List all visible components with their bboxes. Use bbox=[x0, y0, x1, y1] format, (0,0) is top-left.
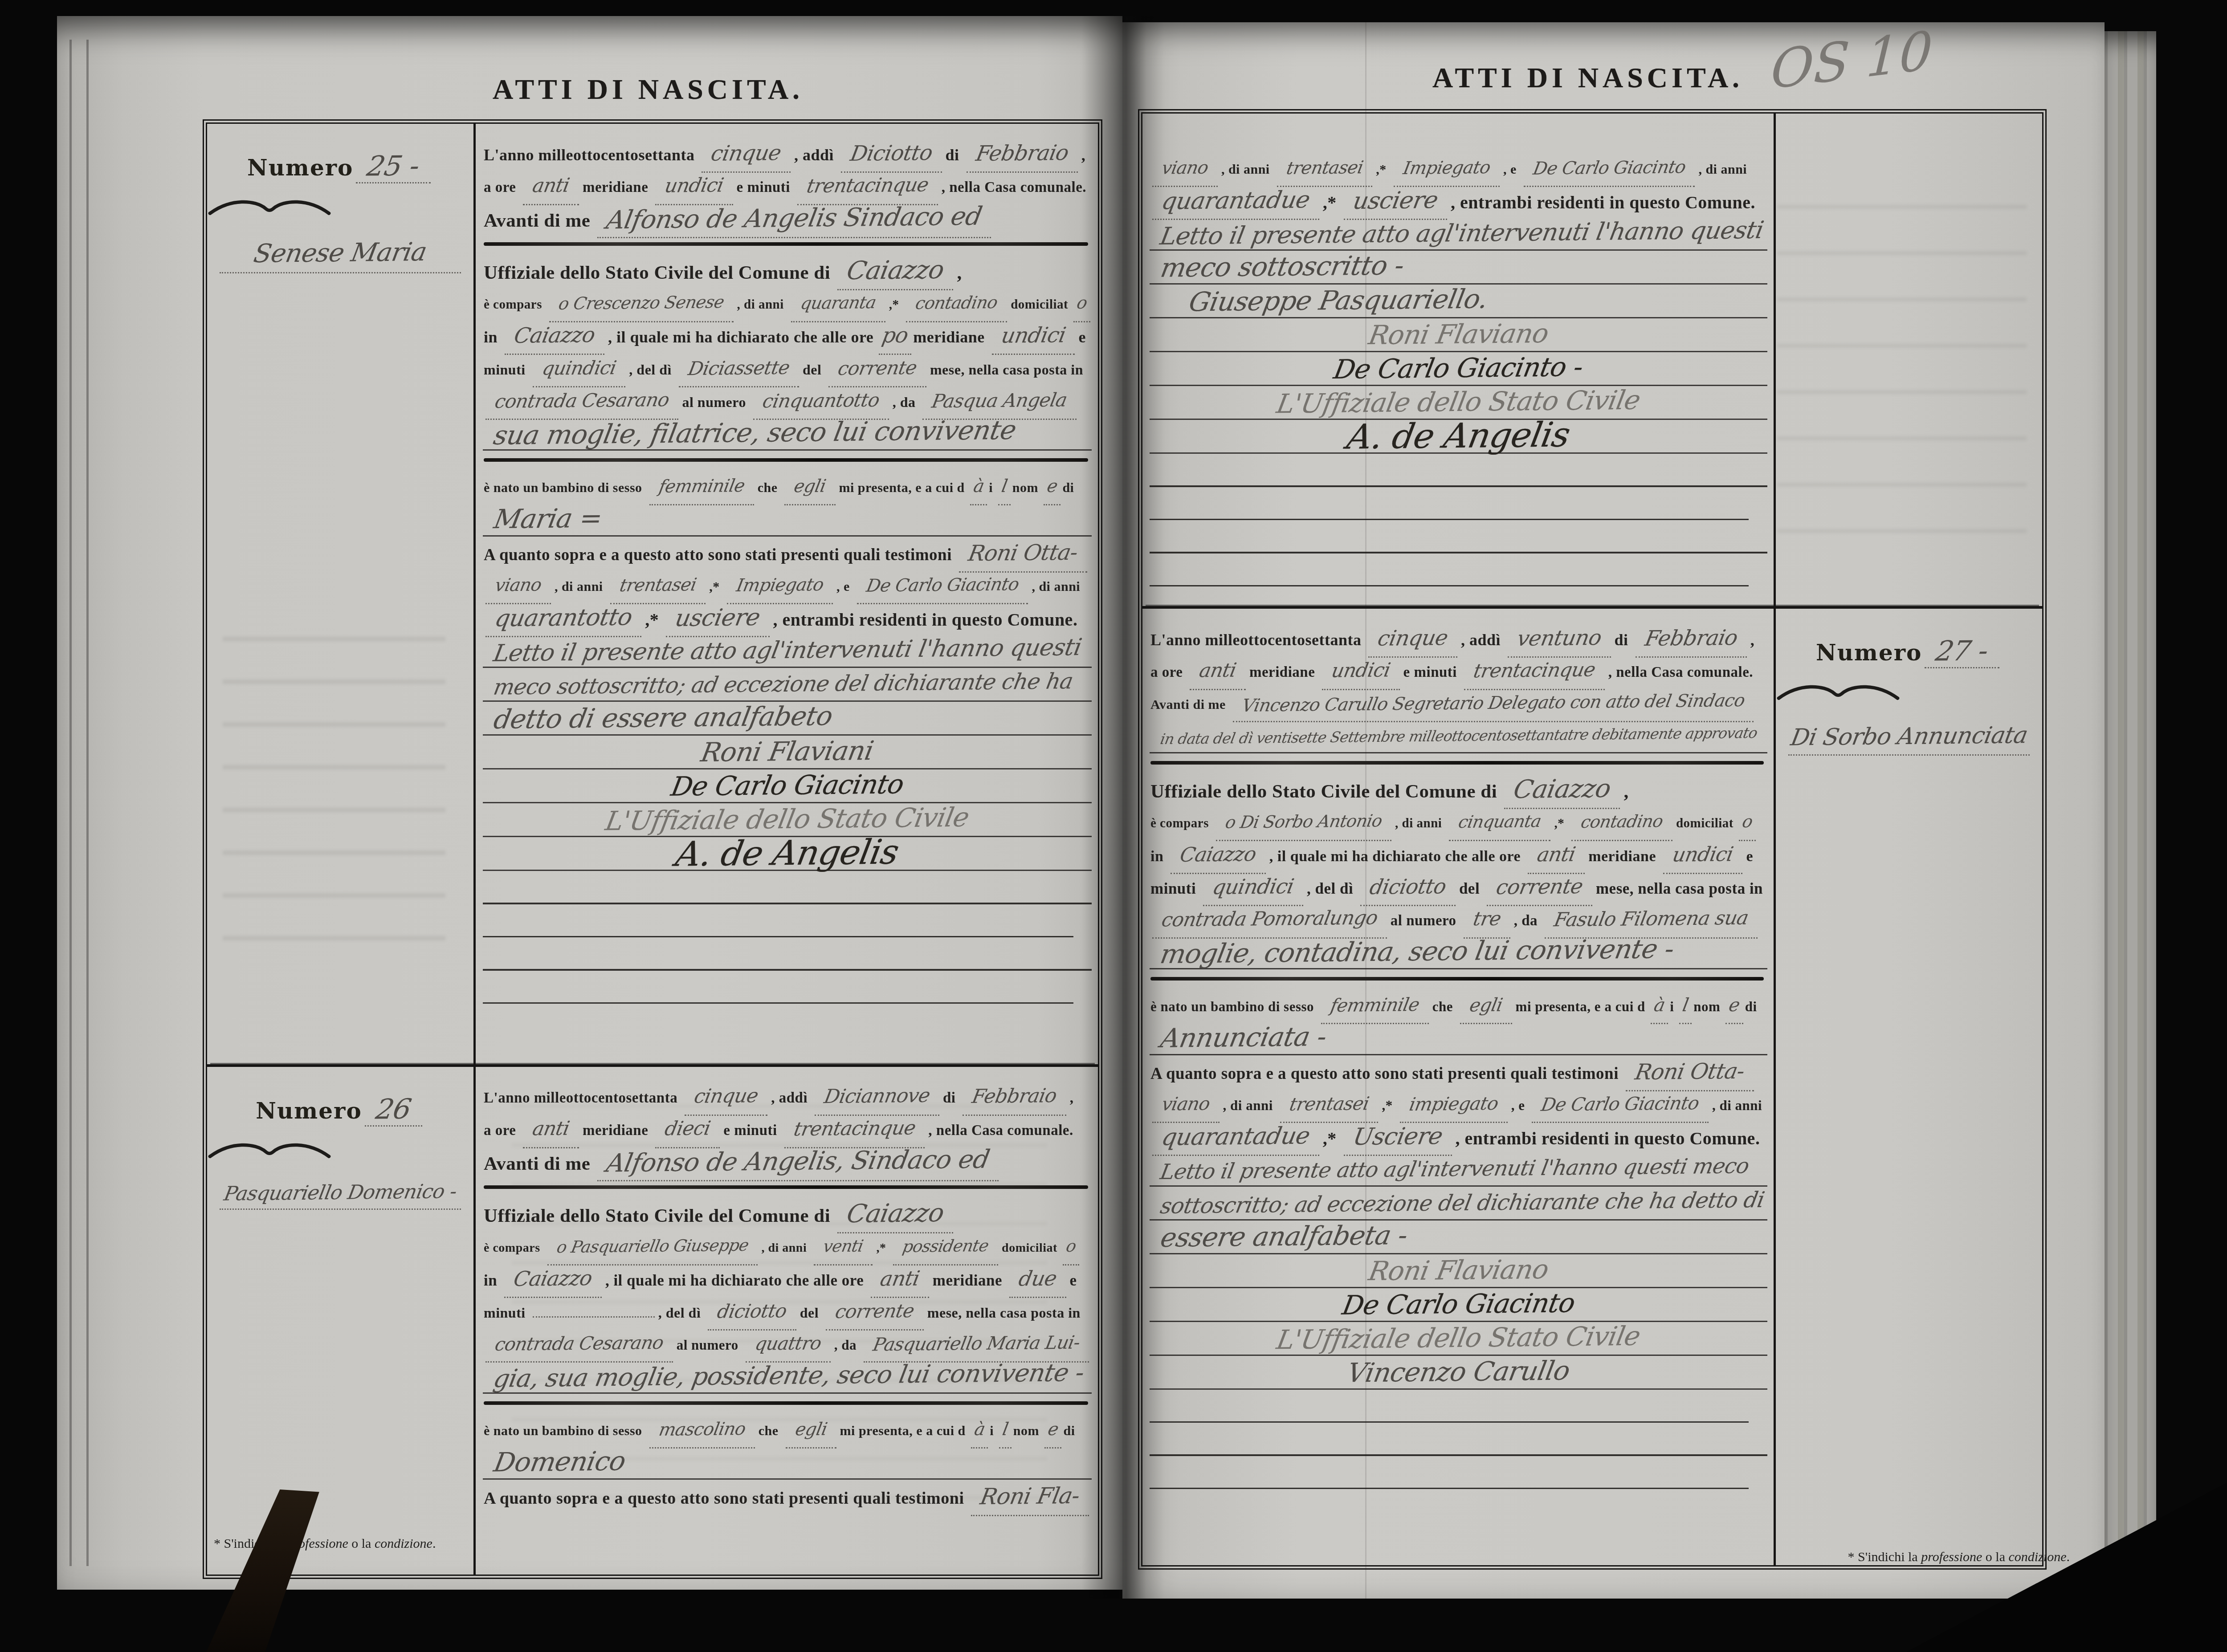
printed-text: a ore bbox=[484, 1123, 516, 1139]
fill-in: undici bbox=[992, 319, 1075, 355]
form-line: A. de Angelis bbox=[483, 837, 1092, 871]
printed-text: , da bbox=[1514, 913, 1538, 929]
printed-text: del bbox=[1459, 880, 1480, 897]
footnote-star: * bbox=[214, 1536, 224, 1551]
blank-ruled-line bbox=[483, 937, 1092, 971]
numero-label: Numero bbox=[256, 1098, 362, 1124]
margin-cell: Numero25 -Senese Maria bbox=[207, 124, 476, 1064]
form-line: è nato un bambino di sessofemminilecheeg… bbox=[483, 470, 1092, 503]
printed-text: che bbox=[758, 480, 778, 495]
handwritten-entry: Roni Fla- bbox=[978, 1479, 1083, 1513]
form-line: L'anno milleottocentosettantacinque, add… bbox=[483, 137, 1092, 170]
printed-text: meridiane bbox=[933, 1272, 1002, 1289]
printed-text: a ore bbox=[484, 179, 516, 195]
handwritten-entry: mascolino bbox=[656, 1413, 748, 1446]
fill-in: à bbox=[1651, 989, 1668, 1024]
printed-text: Uffiziale dello Stato Civile del Comune … bbox=[1150, 781, 1497, 802]
form-line: minuti, del dìdiciottodelcorrentemese, n… bbox=[483, 1295, 1092, 1327]
fill-in: usciere bbox=[1344, 184, 1447, 220]
handwritten-entry: trentasei bbox=[1284, 151, 1366, 185]
fill-in: Diciannove bbox=[815, 1080, 939, 1116]
form-line: minutiquindici, del dìDiciassettedelcorr… bbox=[483, 352, 1092, 384]
form-line: Avanti di meAlfonso de Angelis, Sindaco … bbox=[483, 1145, 1092, 1178]
printed-text: L'anno milleottocentosettanta bbox=[484, 146, 694, 164]
fill-in: Impiegato bbox=[727, 569, 833, 604]
printed-text: ,* bbox=[1382, 1098, 1392, 1113]
handwritten-entry: impiegato bbox=[1407, 1087, 1501, 1121]
signature: L'Uffiziale dello Stato Civile bbox=[1274, 384, 1643, 421]
handwritten-entry: De Carlo Giacinto bbox=[1530, 151, 1689, 185]
form-line: viano, di annitrentasei,*Impiegato, eDe … bbox=[483, 569, 1092, 602]
handwritten-entry: viano bbox=[1159, 1087, 1212, 1120]
handwritten-entry: De Carlo Giacinto bbox=[864, 568, 1022, 602]
fill-in: e bbox=[1044, 470, 1060, 505]
form-line: A quanto sopra e a questo atto sono stat… bbox=[483, 1480, 1092, 1512]
fill-in: Febbraio bbox=[1636, 622, 1747, 658]
fill-in: trentasei bbox=[1277, 152, 1373, 187]
handwritten-entry: Roni Otta- bbox=[966, 536, 1081, 570]
handwritten-entry: o bbox=[1063, 1230, 1079, 1262]
printed-text: , bbox=[1750, 631, 1755, 649]
form-line: De Carlo Giacinto bbox=[483, 769, 1092, 803]
handwritten-entry: Letto il presente atto agl'intervenuti l… bbox=[483, 634, 1081, 668]
fill-in: e bbox=[1725, 989, 1743, 1024]
fill-in: Caiazzo bbox=[504, 1262, 602, 1298]
handwritten-entry: femminile bbox=[656, 470, 747, 503]
printed-text: , nella Casa comunale. bbox=[1608, 664, 1753, 680]
form-line: viano, di annitrentasei,*impiegato, eDe … bbox=[1150, 1088, 1767, 1120]
form-line: detto di essere analfabeto bbox=[483, 702, 1092, 736]
blank-fill bbox=[533, 1316, 655, 1318]
form-line: L'anno milleottocentosettantacinque, add… bbox=[483, 1080, 1092, 1113]
act-number: 25 - bbox=[356, 150, 431, 183]
printed-text: domiciliat bbox=[1011, 297, 1068, 312]
act-row-26-continuation: viano, di annitrentasei,*Impiegato, eDe … bbox=[1142, 114, 2042, 606]
signature: Roni Flaviani bbox=[698, 735, 876, 769]
handwritten-entry: femminile bbox=[1328, 989, 1422, 1022]
printed-text: , di anni bbox=[737, 297, 784, 312]
fill-in: quindici bbox=[533, 352, 626, 387]
printed-text: , addì bbox=[1461, 631, 1501, 649]
printed-text: , e bbox=[1503, 162, 1517, 177]
footnote-star: * bbox=[1848, 1550, 1858, 1564]
handwritten-entry: trentacinque bbox=[791, 1112, 918, 1146]
form-line: sua moglie, filatrice, seco lui conviven… bbox=[483, 417, 1092, 451]
form-line: meco sottoscritto; ad eccezione del dich… bbox=[483, 668, 1092, 702]
fill-in: anti bbox=[1528, 838, 1585, 874]
form-line: inCaiazzo, il quale mi ha dichiarato che… bbox=[1150, 838, 1767, 871]
form-line: Letto il presente atto agl'intervenuti l… bbox=[483, 634, 1092, 668]
section-separator bbox=[484, 242, 1088, 246]
form-line: A quanto sopra e a questo atto sono stat… bbox=[1150, 1055, 1767, 1088]
handwritten-entry: cinque bbox=[1375, 622, 1451, 655]
signature: L'Uffiziale dello Stato Civile bbox=[603, 802, 972, 838]
printed-text: di bbox=[1615, 631, 1628, 649]
act-row-26: Numero26Pasquariello Domenico - L'anno m… bbox=[207, 1064, 1098, 1575]
printed-text: , del dì bbox=[1307, 880, 1353, 897]
printed-text: , da bbox=[893, 394, 916, 410]
printed-text: nom bbox=[1693, 999, 1720, 1014]
form-line: è comparso Crescenzo Senese, di anniquar… bbox=[483, 287, 1092, 319]
act-row-25: Numero25 -Senese Maria L'anno milleottoc… bbox=[207, 124, 1098, 1064]
handwritten-entry: Maria = bbox=[483, 503, 602, 537]
fill-in: Febbraio bbox=[967, 137, 1078, 173]
fill-in: corrente bbox=[826, 1295, 924, 1331]
page-stack-edge bbox=[2105, 31, 2156, 1592]
fill-in: cinque bbox=[1368, 622, 1457, 658]
form-line: contrada Pomoralungoal numerotre, daFasu… bbox=[1150, 903, 1767, 936]
signature: A. de Angelis bbox=[1345, 419, 1572, 453]
handwritten-entry: ventuno bbox=[1514, 622, 1604, 655]
handwritten-entry: trentasei bbox=[1287, 1087, 1371, 1121]
section-separator bbox=[484, 1401, 1088, 1405]
printed-text: , di anni bbox=[1032, 579, 1080, 594]
handwritten-entry: moglie, contadina, seco lui convivente - bbox=[1150, 936, 1673, 970]
fill-in: Caiazzo bbox=[1504, 773, 1620, 809]
printed-text: e bbox=[1746, 848, 1753, 865]
printed-text: è nato un bambino di sesso bbox=[1150, 999, 1314, 1014]
handwritten-entry: Letto il presente atto agl'intervenuti l… bbox=[1150, 217, 1762, 252]
handwritten-entry: contrada Cesarano bbox=[492, 1326, 666, 1361]
handwritten-entry: undici bbox=[662, 169, 726, 202]
printed-text: A quanto sopra e a questo atto sono stat… bbox=[484, 1489, 964, 1508]
fill-in: contrada Cesarano bbox=[485, 384, 678, 420]
handwritten-entry: Usciere bbox=[1350, 1120, 1445, 1153]
printed-text: che bbox=[759, 1424, 779, 1438]
form-line: è nato un bambino di sessomascolinocheeg… bbox=[483, 1413, 1092, 1446]
ornament-squiggle bbox=[207, 197, 473, 219]
form-line: a oreantimeridianeundicie minutitrentaci… bbox=[483, 170, 1092, 202]
handwritten-entry: Caiazzo bbox=[511, 1262, 595, 1295]
fill-in: Caiazzo bbox=[1171, 838, 1266, 874]
fill-in: contrada Cesarano bbox=[485, 1327, 673, 1363]
form-line: Uffiziale dello Stato Civile del Comune … bbox=[483, 254, 1092, 287]
fill-in: impiegato bbox=[1400, 1088, 1508, 1123]
form-line: Roni Flaviano bbox=[1150, 318, 1767, 352]
form-line: Giuseppe Pasquariello. bbox=[1150, 285, 1767, 318]
blank-ruled-line bbox=[1150, 520, 1767, 553]
fill-in: trentacinque bbox=[1464, 655, 1605, 690]
printed-text: i bbox=[989, 480, 993, 495]
fill-in: ventuno bbox=[1508, 622, 1611, 658]
printed-text: L'anno milleottocentosettanta bbox=[1150, 631, 1361, 649]
printed-text: mi presenta, e a cui d bbox=[1516, 999, 1645, 1014]
handwritten-entry: l bbox=[999, 1413, 1011, 1446]
form-line: Domenico bbox=[483, 1446, 1092, 1480]
printed-text: ,* bbox=[889, 297, 899, 312]
fill-in: quattro bbox=[746, 1327, 831, 1363]
footnote: * S'indichi la professione o la condizio… bbox=[214, 1536, 436, 1551]
form-line: meco sottoscritto - bbox=[1150, 251, 1767, 285]
fill-in: egli bbox=[786, 1413, 836, 1449]
fill-in: l bbox=[1679, 989, 1692, 1024]
fill-in: Roni Otta- bbox=[1626, 1055, 1754, 1091]
printed-text: , del dì bbox=[629, 362, 672, 378]
handwritten-entry: meco sottoscritto; ad eccezione del dich… bbox=[483, 668, 1072, 703]
handwritten-entry: à bbox=[971, 1413, 987, 1446]
form-line: Roni Flaviani bbox=[483, 736, 1092, 769]
handwritten-entry: e bbox=[1044, 470, 1060, 503]
printed-text: , addì bbox=[794, 146, 834, 164]
handwritten-entry: Pasqua Angela bbox=[929, 383, 1070, 417]
form-line: è nato un bambino di sessofemminilecheeg… bbox=[1150, 989, 1767, 1021]
margin-cell: Numero26Pasquariello Domenico - bbox=[207, 1067, 476, 1575]
fill-in: tre bbox=[1464, 903, 1510, 939]
printed-text: , e bbox=[1511, 1098, 1525, 1113]
printed-text: , entrambi residenti in questo Comune. bbox=[1451, 192, 1755, 212]
handwritten-entry: Caiazzo bbox=[1511, 773, 1613, 806]
fill-in: à bbox=[970, 470, 987, 505]
form-line: contrada Cesaranoal numeroquattro, daPas… bbox=[483, 1327, 1092, 1360]
printed-text: al numero bbox=[1391, 913, 1456, 929]
fill-in: diciotto bbox=[1360, 871, 1456, 906]
blank-ruled-line bbox=[483, 904, 1073, 937]
fill-in: quindici bbox=[1203, 871, 1303, 906]
form-line: Avanti di meAlfonso de Angelis Sindaco e… bbox=[483, 202, 1092, 235]
form-line: L'Uffiziale dello Stato Civile bbox=[1150, 386, 1767, 420]
printed-text: , il quale mi ha dichiarato che alle ore bbox=[608, 328, 873, 346]
page-edge-line bbox=[86, 40, 89, 1566]
act-body: L'anno milleottocentosettantacinque, add… bbox=[1142, 609, 1774, 1565]
form-line: sottoscritto; ad eccezione del dichiaran… bbox=[1150, 1187, 1767, 1221]
printed-text: , entrambi residenti in questo Comune. bbox=[1456, 1128, 1760, 1148]
numero-label: Numero bbox=[247, 155, 353, 181]
printed-text: i bbox=[990, 1424, 994, 1438]
printed-text: ,* bbox=[1554, 816, 1564, 830]
blank-ruled-line bbox=[1150, 1390, 1749, 1423]
handwritten-entry: sua moglie, filatrice, seco lui conviven… bbox=[483, 417, 1015, 452]
handwritten-entry: e bbox=[1045, 1413, 1061, 1446]
form-line: contrada Cesaranoal numerocinquantotto, … bbox=[483, 384, 1092, 417]
handwritten-entry: essere analfabeta - bbox=[1150, 1221, 1407, 1255]
fill-in: venti bbox=[814, 1230, 873, 1265]
handwritten-entry: po bbox=[879, 319, 911, 352]
printed-text: , di anni bbox=[1698, 162, 1747, 177]
signature: Giuseppe Pasquariello. bbox=[1187, 283, 1490, 319]
fill-in: trentasei bbox=[610, 569, 706, 604]
handwritten-entry: trentasei bbox=[617, 569, 699, 602]
handwritten-entry: detto di essere analfabeto bbox=[483, 702, 832, 736]
fill-in: Caiazzo bbox=[837, 254, 953, 290]
handwritten-entry: à bbox=[1651, 989, 1668, 1021]
handwritten-entry: in data del dì ventisette Settembre mill… bbox=[1150, 720, 1757, 754]
handwritten-entry: Diciannove bbox=[821, 1080, 933, 1113]
signature: De Carlo Giacinto - bbox=[1331, 351, 1586, 386]
handwritten-entry: Impiegato bbox=[1400, 151, 1493, 185]
printed-text: domiciliat bbox=[1002, 1241, 1057, 1255]
printed-text: del bbox=[803, 362, 821, 378]
form-line: Avanti di meVincenzo Carullo Segretario … bbox=[1150, 687, 1767, 720]
fill-in: trentasei bbox=[1280, 1088, 1379, 1123]
form-line: è comparso Di Sorbo Antonio, di annicinq… bbox=[1150, 806, 1767, 838]
printed-text: ,* bbox=[1323, 192, 1337, 212]
fill-in: egli bbox=[784, 470, 835, 505]
printed-text: ,* bbox=[709, 579, 720, 594]
fill-in: trentacinque bbox=[797, 170, 938, 205]
acts-table-right: viano, di annitrentasei,*Impiegato, eDe … bbox=[1138, 109, 2047, 1570]
fill-in: femminile bbox=[649, 470, 754, 505]
fill-in: contadino bbox=[906, 287, 1007, 322]
fill-in: mascolino bbox=[649, 1413, 755, 1449]
fill-in: Roni Fla- bbox=[971, 1480, 1089, 1516]
fill-in: cinque bbox=[685, 1080, 767, 1116]
fill-in: viano bbox=[485, 569, 551, 604]
form-line: viano, di annitrentasei,*Impiegato, eDe … bbox=[1150, 152, 1767, 184]
printed-text: e minuti bbox=[723, 1123, 777, 1139]
handwritten-entry: anti bbox=[877, 1262, 922, 1295]
blank-ruled-line bbox=[1150, 1423, 1767, 1456]
handwritten-entry: quarantotto bbox=[492, 601, 635, 635]
handwritten-entry: l bbox=[1680, 989, 1692, 1021]
act-number-label: Numero27 - bbox=[1776, 635, 2042, 668]
handwritten-entry: Caiazzo bbox=[844, 254, 946, 287]
handwritten-entry: cinque bbox=[691, 1080, 761, 1113]
form-line: essere analfabeta - bbox=[1150, 1221, 1767, 1254]
fill-in: Diciassette bbox=[679, 352, 799, 387]
fill-in: femminile bbox=[1321, 989, 1429, 1024]
printed-text: meridiane bbox=[913, 328, 984, 346]
handwritten-entry: corrente bbox=[835, 351, 919, 385]
fill-in: De Carlo Giacinto bbox=[1524, 152, 1695, 187]
printed-text: ,* bbox=[645, 610, 659, 630]
signature: Vincenzo Carullo bbox=[1345, 1355, 1572, 1389]
printed-text: Avanti di me bbox=[484, 1153, 590, 1174]
printed-text: , di anni bbox=[1395, 816, 1442, 830]
handwritten-entry: viano bbox=[492, 569, 544, 602]
printed-text: , di anni bbox=[761, 1241, 807, 1255]
printed-text: , il quale mi ha dichiarato che alle ore bbox=[605, 1272, 864, 1289]
form-line: in data del dì ventisette Settembre mill… bbox=[1150, 720, 1767, 753]
handwritten-entry: à bbox=[971, 470, 987, 503]
printed-text: nom bbox=[1012, 480, 1038, 495]
printed-text: di bbox=[1063, 1424, 1075, 1438]
fill-in: cinquanta bbox=[1449, 806, 1550, 841]
printed-text: , il quale mi ha dichiarato che alle ore bbox=[1269, 848, 1521, 865]
act-number-label: Numero26 bbox=[207, 1093, 473, 1127]
handwritten-entry: quarantadue bbox=[1159, 183, 1313, 217]
fill-in: egli bbox=[1460, 989, 1512, 1024]
fill-in: cinquantotto bbox=[753, 384, 889, 420]
printed-text: Uffiziale dello Stato Civile del Comune … bbox=[484, 262, 830, 283]
form-line: De Carlo Giacinto - bbox=[1150, 352, 1767, 386]
fill-in: corrente bbox=[828, 352, 926, 387]
handwritten-entry: undici bbox=[1670, 838, 1736, 871]
section-separator bbox=[1150, 761, 1764, 765]
form-line: A. de Angelis bbox=[1150, 420, 1767, 454]
ornament-squiggle bbox=[207, 1140, 473, 1162]
fill-in: anti bbox=[871, 1262, 929, 1298]
fill-in: diciotto bbox=[708, 1295, 796, 1331]
handwritten-entry: cinquantotto bbox=[760, 384, 882, 418]
printed-text: in bbox=[484, 1272, 497, 1289]
handwritten-entry: corrente bbox=[1493, 870, 1586, 903]
handwritten-entry: Diciotto bbox=[848, 137, 935, 170]
handwritten-entry: anti bbox=[530, 1113, 572, 1146]
act-row-27: Numero27 -Di Sorbo Annunciata L'anno mil… bbox=[1142, 606, 2042, 1565]
margin-cell bbox=[1774, 114, 2042, 606]
form-line: Letto il presente atto agl'intervenuti l… bbox=[1150, 1153, 1767, 1187]
handwritten-entry: Roni Otta- bbox=[1632, 1055, 1747, 1089]
handwritten-entry: tre bbox=[1470, 903, 1504, 936]
handwritten-entry: trentacinque bbox=[1471, 654, 1598, 688]
act-number: 26 bbox=[365, 1093, 422, 1127]
fill-in: anti bbox=[523, 170, 579, 205]
printed-text: , addì bbox=[771, 1090, 808, 1106]
fill-in: o bbox=[1739, 806, 1756, 841]
handwritten-entry: anti bbox=[530, 170, 572, 203]
form-line: Uffiziale dello Stato Civile del Comune … bbox=[1150, 773, 1767, 806]
fill-in: o bbox=[1063, 1230, 1079, 1265]
handwritten-entry: Diciassette bbox=[685, 351, 792, 385]
handwritten-entry: contadino bbox=[1578, 805, 1666, 838]
handwritten-entry: venti bbox=[820, 1230, 866, 1263]
handwritten-entry: cinque bbox=[709, 137, 784, 170]
fill-in: due bbox=[1009, 1262, 1066, 1298]
signature: L'Uffiziale dello Stato Civile bbox=[1274, 1320, 1643, 1357]
printed-text: meridiane bbox=[1588, 848, 1656, 865]
fill-in: undici bbox=[1322, 655, 1399, 690]
fill-in: po bbox=[879, 319, 911, 355]
act-body: L'anno milleottocentosettantacinque, add… bbox=[476, 124, 1098, 1064]
handwritten-entry: quattro bbox=[752, 1327, 824, 1360]
act-number-label: Numero25 - bbox=[207, 150, 473, 183]
fill-in: De Carlo Giacinto bbox=[1532, 1088, 1709, 1123]
printed-text: , e bbox=[836, 579, 850, 594]
fill-in: o Di Sorbo Antonio bbox=[1216, 806, 1391, 841]
form-line: Vincenzo Carullo bbox=[1150, 1356, 1767, 1390]
fill-in: e bbox=[1044, 1413, 1061, 1449]
handwritten-entry: viano bbox=[1159, 151, 1211, 184]
handwritten-entry: o Pasquariello Giuseppe bbox=[554, 1229, 751, 1263]
act-body: L'anno milleottocentosettantacinque, add… bbox=[476, 1067, 1098, 1575]
printed-text: nom bbox=[1013, 1424, 1039, 1438]
printed-text: mese, nella casa posta in bbox=[930, 362, 1083, 378]
fill-in: corrente bbox=[1487, 871, 1592, 906]
printed-text: , di anni bbox=[555, 579, 603, 594]
printed-text: e minuti bbox=[737, 179, 790, 195]
fill-in: contadino bbox=[1571, 806, 1672, 841]
handwritten-entry: contrada Pomoralungo bbox=[1159, 902, 1380, 936]
printed-text: meridiane bbox=[583, 1123, 648, 1139]
handwritten-entry: trentacinque bbox=[804, 169, 931, 203]
printed-text: domiciliat bbox=[1676, 816, 1733, 830]
form-line: a oreantimeridianediecie minutitrentacin… bbox=[483, 1113, 1092, 1145]
form-line: minutiquindici, del dìdiciottodelcorrent… bbox=[1150, 871, 1767, 903]
act-body: viano, di annitrentasei,*Impiegato, eDe … bbox=[1142, 114, 1774, 606]
fill-in: Usciere bbox=[1344, 1120, 1452, 1156]
fill-in: Caiazzo bbox=[837, 1197, 953, 1233]
handwritten-entry: quarantadue bbox=[1159, 1119, 1313, 1153]
fill-in: quaranta bbox=[791, 287, 885, 322]
printed-text: , del dì bbox=[658, 1305, 701, 1321]
handwritten-entry: egli bbox=[1467, 989, 1505, 1022]
printed-text: L'anno milleottocentosettanta bbox=[484, 1090, 677, 1106]
handwritten-entry: corrente bbox=[832, 1294, 917, 1328]
book-gutter bbox=[1081, 16, 1164, 1599]
blank-ruled-line bbox=[1150, 454, 1767, 487]
fill-in: l bbox=[999, 1413, 1012, 1449]
fill-in: Febbraio bbox=[963, 1080, 1066, 1116]
printed-text: , nella Casa comunale. bbox=[928, 1123, 1073, 1139]
form-line: quarantadue,*Usciere, entrambi residenti… bbox=[1150, 1120, 1767, 1153]
printed-text: mi presenta, e a cui d bbox=[840, 1424, 966, 1438]
handwritten-entry: Caiazzo bbox=[1177, 838, 1259, 871]
printed-text: A quanto sopra e a questo atto sono stat… bbox=[484, 546, 952, 564]
printed-text: , nella Casa comunale. bbox=[942, 179, 1086, 195]
handwritten-entry: Febbraio bbox=[970, 1080, 1060, 1113]
printed-text: , di anni bbox=[1712, 1098, 1762, 1113]
registered-name: Pasquariello Domenico - bbox=[220, 1181, 461, 1210]
